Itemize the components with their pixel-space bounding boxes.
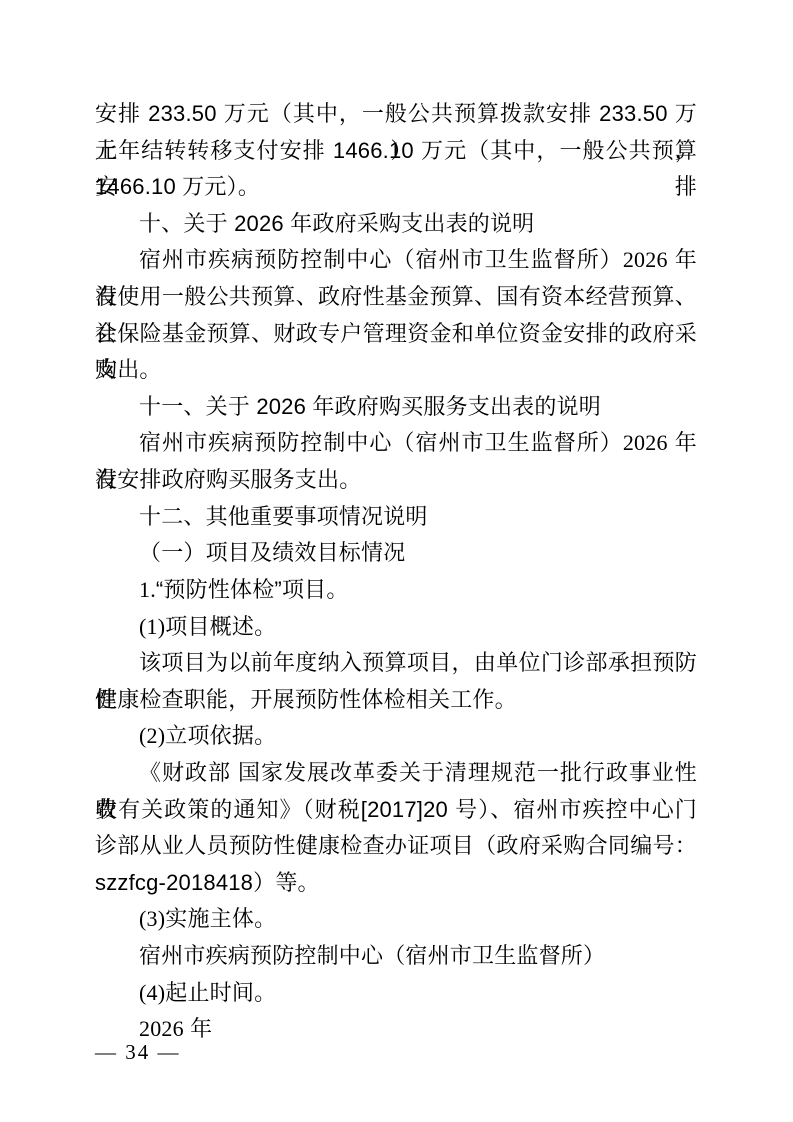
text-line: 十一、关于 2026 年政府购买服务支出表的说明 — [95, 389, 697, 426]
text-run: 宿州市疾病预防控制中心（宿州市卫生监督所） — [139, 943, 605, 968]
text-line: (4)起止时间。 — [95, 975, 697, 1012]
text-line: (3)实施主体。 — [95, 901, 697, 938]
serif-text-run: 1. — [139, 577, 156, 602]
text-line: 有使用一般公共预算、政府性基金预算、国有资本经营预算、社 — [95, 279, 697, 316]
text-line: 宿州市疾病预防控制中心（宿州市卫生监督所）2026 年没 — [95, 425, 697, 462]
text-line: 宿州市疾病预防控制中心（宿州市卫生监督所）2026 年没 — [95, 242, 697, 279]
document-page: 安排 233.50 万元（其中，一般公共预算拨款安排 233.50 万元），上年… — [0, 0, 793, 1122]
page-number: — 34 — — [95, 1040, 181, 1065]
text-run: 十二、其他重要事项情况说明 — [139, 504, 428, 529]
text-run: 项目概述。 — [165, 614, 276, 639]
text-run: 1466.10 万元）。 — [95, 174, 260, 199]
text-run: szzfcg-2018418）等。 — [95, 870, 320, 895]
serif-text-run: 2026 — [139, 1016, 184, 1041]
text-line: 十、关于 2026 年政府采购支出表的说明 — [95, 206, 697, 243]
text-line: 安排 233.50 万元（其中，一般公共预算拨款安排 233.50 万元）， — [95, 96, 697, 133]
text-line: 上年结转转移支付安排 1466.10 万元（其中，一般公共预算安排 — [95, 133, 697, 170]
text-run: 诊部从业人员预防性健康检查办证项目（政府采购合同编号： — [95, 833, 697, 858]
text-line: (1)项目概述。 — [95, 609, 697, 646]
text-line: 《财政部 国家发展改革委关于清理规范一批行政事业性收 — [95, 755, 697, 792]
text-line: 该项目为以前年度纳入预算项目，由单位门诊部承担预防性 — [95, 645, 697, 682]
text-run: 十、关于 2026 年政府采购支出表的说明 — [139, 211, 534, 236]
text-line: 支出。 — [95, 352, 697, 389]
text-run: （一）项目及绩效目标情况 — [139, 540, 405, 565]
serif-text-run: (3) — [139, 906, 165, 931]
text-line: (2)立项依据。 — [95, 718, 697, 755]
text-run: 宿州市疾病预防控制中心（宿州市卫生监督所） — [139, 247, 623, 272]
text-run: 费有关政策的通知》（财税[2017]20 号）、宿州市疾控中心门 — [95, 797, 697, 822]
text-line: szzfcg-2018418）等。 — [95, 865, 697, 902]
serif-text-run: (4) — [139, 980, 165, 1005]
text-run: 支出。 — [95, 357, 162, 382]
text-run: 宿州市疾病预防控制中心（宿州市卫生监督所） — [139, 430, 623, 455]
text-run: 年 — [184, 1016, 213, 1041]
text-line: 费有关政策的通知》（财税[2017]20 号）、宿州市疾控中心门 — [95, 792, 697, 829]
text-run: 起止时间。 — [165, 980, 276, 1005]
document-body: 安排 233.50 万元（其中，一般公共预算拨款安排 233.50 万元），上年… — [95, 96, 697, 1048]
text-line: （一）项目及绩效目标情况 — [95, 535, 697, 572]
text-line: 健康检查职能，开展预防性体检相关工作。 — [95, 682, 697, 719]
text-run: 立项依据。 — [165, 723, 276, 748]
text-run: “预防性体检”项目。 — [156, 577, 349, 602]
text-line: 会保险基金预算、财政专户管理资金和单位资金安排的政府采购 — [95, 316, 697, 353]
serif-text-run: (1) — [139, 614, 165, 639]
text-line: 2026 年 — [95, 1011, 697, 1048]
text-line: 有安排政府购买服务支出。 — [95, 462, 697, 499]
serif-text-run: 2026 — [623, 247, 668, 272]
serif-text-run: (2) — [139, 723, 165, 748]
text-line: 宿州市疾病预防控制中心（宿州市卫生监督所） — [95, 938, 697, 975]
serif-text-run: 2026 — [623, 430, 668, 455]
text-run: 实施主体。 — [165, 906, 276, 931]
text-line: 十二、其他重要事项情况说明 — [95, 499, 697, 536]
text-run: 十一、关于 2026 年政府购买服务支出表的说明 — [139, 394, 601, 419]
text-line: 诊部从业人员预防性健康检查办证项目（政府采购合同编号： — [95, 828, 697, 865]
text-run: 健康检查职能，开展预防性体检相关工作。 — [95, 687, 517, 712]
text-run: 有安排政府购买服务支出。 — [95, 467, 361, 492]
text-line: 1.“预防性体检”项目。 — [95, 572, 697, 609]
